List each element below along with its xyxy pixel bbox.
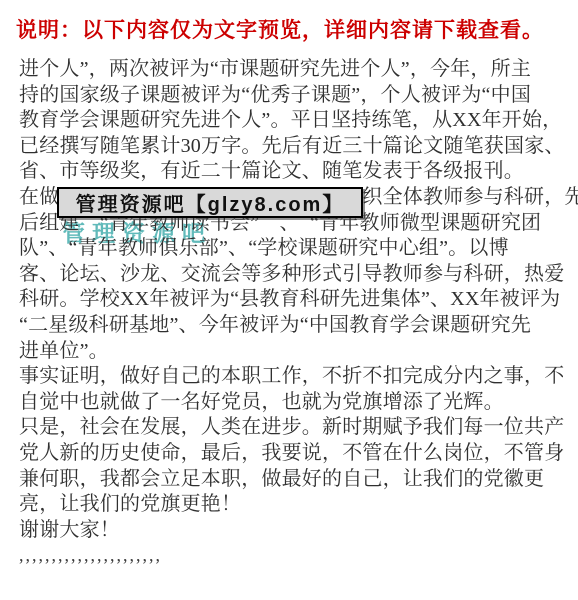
- text-line: 自觉中也就做了一名好党员，也就为党旗增添了光辉。: [19, 390, 578, 416]
- text-line: “二星级科研基地”、今年被评为“中国教育学会课题研究先: [19, 313, 578, 339]
- watermark-box: 管理资源吧【glzy8.com】: [57, 187, 363, 218]
- ellipsis-line: ,,,,,,,,,,,,,,,,,,,,,,: [19, 543, 578, 569]
- text-line: 党人新的历史使命，最后，我要说，不管在什么岗位，不管身: [19, 441, 578, 467]
- text-line: 亮，让我们的党旗更艳！: [19, 492, 578, 518]
- text-line: 只是，社会在发展，人类在进步。新时期赋予我们每一位共产: [19, 415, 578, 441]
- text-line: 事实证明，做好自己的本职工作，不折不扣完成分内之事，不: [19, 364, 578, 390]
- text-line: 教育学会课题研究先进个人”。平日坚持练笔，从XX年开始，: [19, 108, 578, 134]
- text-line: 谢谢大家！: [19, 518, 578, 544]
- text-line: 科研。学校XX年被评为“县教育科研先进集体”、XX年被评为: [19, 287, 578, 313]
- document-body: 进个人”，两次被评为“市课题研究先进个人”，今年，所主 持的国家级子课题被评为“…: [19, 57, 578, 569]
- text-line: 客、论坛、沙龙、交流会等多种形式引导教师参与科研，热爱: [19, 262, 578, 288]
- text-line: 兼何职，我都会立足本职，做最好的自己，让我们的党徽更: [19, 467, 578, 493]
- text-line: 持的国家级子课题被评为“优秀子课题”，个人被评为“中国: [19, 83, 578, 109]
- text-line: 省、市等级奖，有近二十篇论文、随笔发表于各级报刊。: [19, 159, 578, 185]
- text-line: 进单位”。: [19, 339, 578, 365]
- text-line: 队”、“青年教师俱乐部”、“学校课题研究中心组”。以博: [19, 236, 578, 262]
- preview-notice: 说明：以下内容仅为文字预览，详细内容请下载查看。: [16, 14, 544, 44]
- text-line: 进个人”，两次被评为“市课题研究先进个人”，今年，所主: [19, 57, 578, 83]
- watermark-box-label: 管理资源吧【glzy8.com】: [76, 188, 345, 217]
- text-line: 已经撰写随笔累计30万字。先后有近三十篇论文随笔获国家、: [19, 134, 578, 160]
